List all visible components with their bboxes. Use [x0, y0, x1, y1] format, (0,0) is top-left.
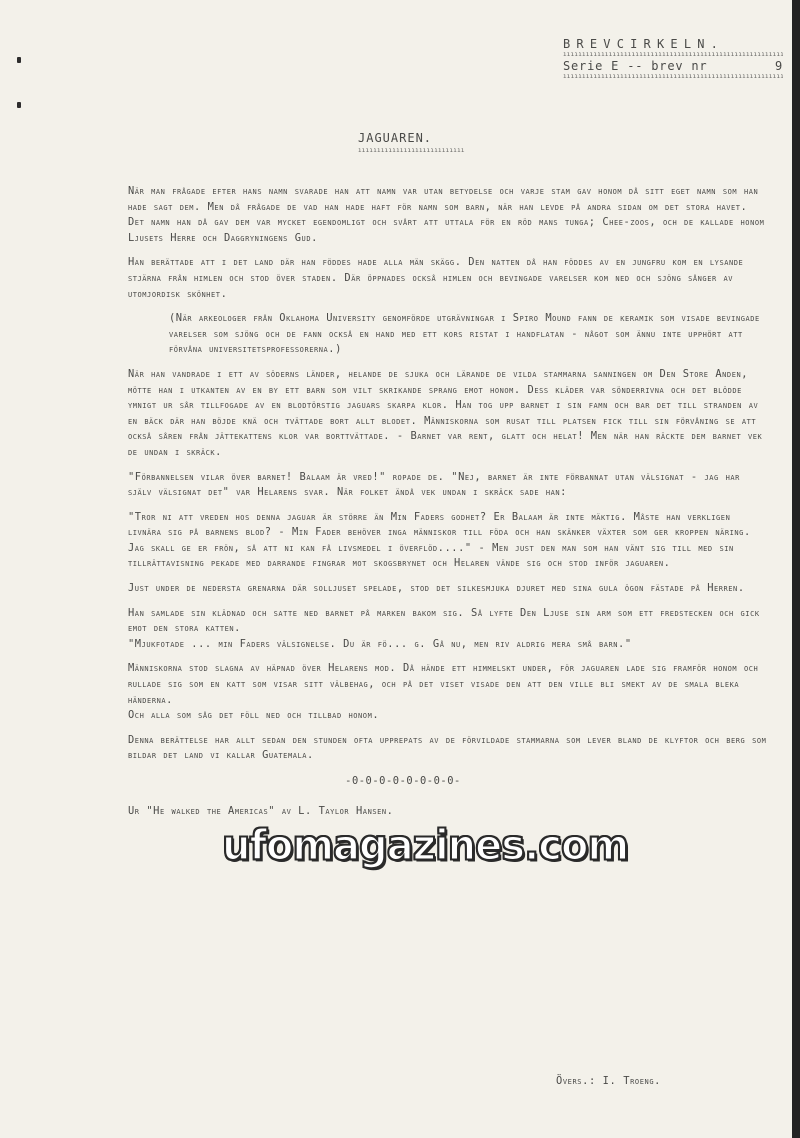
paragraph: Han samlade sin klädnad och satte ned ba…	[128, 606, 768, 637]
paragraph: Just under de nedersta grenarna där soll…	[128, 581, 768, 597]
paragraph: Människorna stod slagna av häpnad över H…	[128, 661, 768, 708]
brand-underline: ıııııııııııııııııııııııııııııııııııııııı…	[563, 51, 783, 59]
scan-edge	[792, 0, 800, 1138]
paragraph: När han vandrade i ett av söderns länder…	[128, 367, 768, 461]
paragraph: "Tror ni att vreden hos denna jaguar är …	[128, 510, 768, 572]
paragraph: Och alla som såg det föll ned och tillba…	[128, 708, 768, 724]
series-underline: ıııııııııııııııııııııııııııııııııııııııı…	[563, 73, 783, 81]
source-attribution: Ur "He walked the Americas" av L. Taylor…	[128, 804, 768, 820]
parenthetical-note: (När arkeologer från Oklahoma University…	[169, 311, 768, 358]
document-page: BREVCIRKELN. ııııııııııııııııııııııııııı…	[0, 0, 792, 1138]
brand-name: BREVCIRKELN.	[563, 37, 783, 51]
title-underline: ıııııııııııııııııııııııııııı	[358, 147, 465, 154]
paragraph: "Förbannelsen vilar över barnet! Balaam …	[128, 470, 768, 501]
section-separator: -0-0-0-0-0-0-0-0-	[128, 774, 768, 790]
letter-header: BREVCIRKELN. ııııııııııııııııııııııııııı…	[563, 37, 783, 81]
series-line: Serie E -- brev nr 9	[563, 59, 783, 73]
watermark: ufomagazines.com	[222, 825, 628, 867]
paragraph: Han berättade att i det land där han föd…	[128, 255, 768, 302]
document-body: När man frågade efter hans namn svarade …	[128, 184, 768, 828]
series-label: Serie E -- brev nr	[563, 59, 707, 73]
punch-mark-bottom	[17, 102, 21, 108]
letter-number: 9	[775, 59, 783, 73]
paragraph: När man frågade efter hans namn svarade …	[128, 184, 768, 246]
paragraph: "Mjukfotade ... min Faders välsignelse. …	[128, 637, 768, 653]
translator-credit: Övers.: I. Troeng.	[556, 1075, 661, 1087]
document-title: JAGUAREN.	[358, 131, 432, 145]
paragraph: Denna berättelse har allt sedan den stun…	[128, 733, 768, 764]
punch-mark-top	[17, 57, 21, 63]
